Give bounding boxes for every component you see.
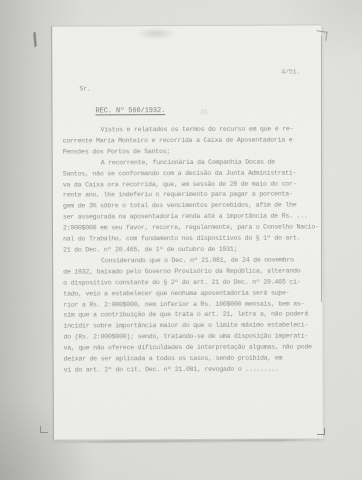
pen-mark [33, 32, 36, 47]
margin-note: Sr. [79, 85, 90, 92]
body-line: corrente Maria Monteiro e recorrida a Ca… [63, 135, 315, 147]
body-line: o dispositivo constante do § 2º do art. … [63, 277, 315, 289]
document-body: Vistos e relatados os termos do recurso … [63, 124, 316, 376]
case-heading: REC. Nº 560/1932. [95, 107, 165, 115]
page-bottom-edge [49, 439, 322, 443]
scanned-document: Sr. 4/51. 31 REC. Nº 560/1932. Vistos e … [0, 0, 362, 480]
body-line: de 1932, baixado pelo Governo Provisório… [63, 266, 315, 278]
faint-folio-number: 31 [200, 109, 208, 116]
body-line: Santos, não se conformando com a decisão… [63, 168, 315, 180]
corner-mark-bottom-left [40, 426, 48, 433]
document-page: Sr. 4/51. 31 REC. Nº 560/1932. Vistos e … [51, 24, 323, 439]
page-right-edge [321, 36, 322, 302]
body-line: tado, veio a estabelecer que nenhuma apo… [63, 288, 315, 300]
body-line: Considerando que o Dec. nº 21.081, de 24… [63, 255, 315, 267]
body-line: nal do Trabalho, com fundamento nos disp… [63, 234, 315, 246]
smudge-mark [136, 27, 176, 40]
corner-mark-bottom-right [317, 428, 325, 435]
annotation-top-right: 4/51. [281, 69, 300, 76]
body-line: vi do art. 2º do cit. Dec. nº 21.081, re… [64, 364, 316, 376]
corner-fold-mark-top-right [315, 30, 327, 41]
